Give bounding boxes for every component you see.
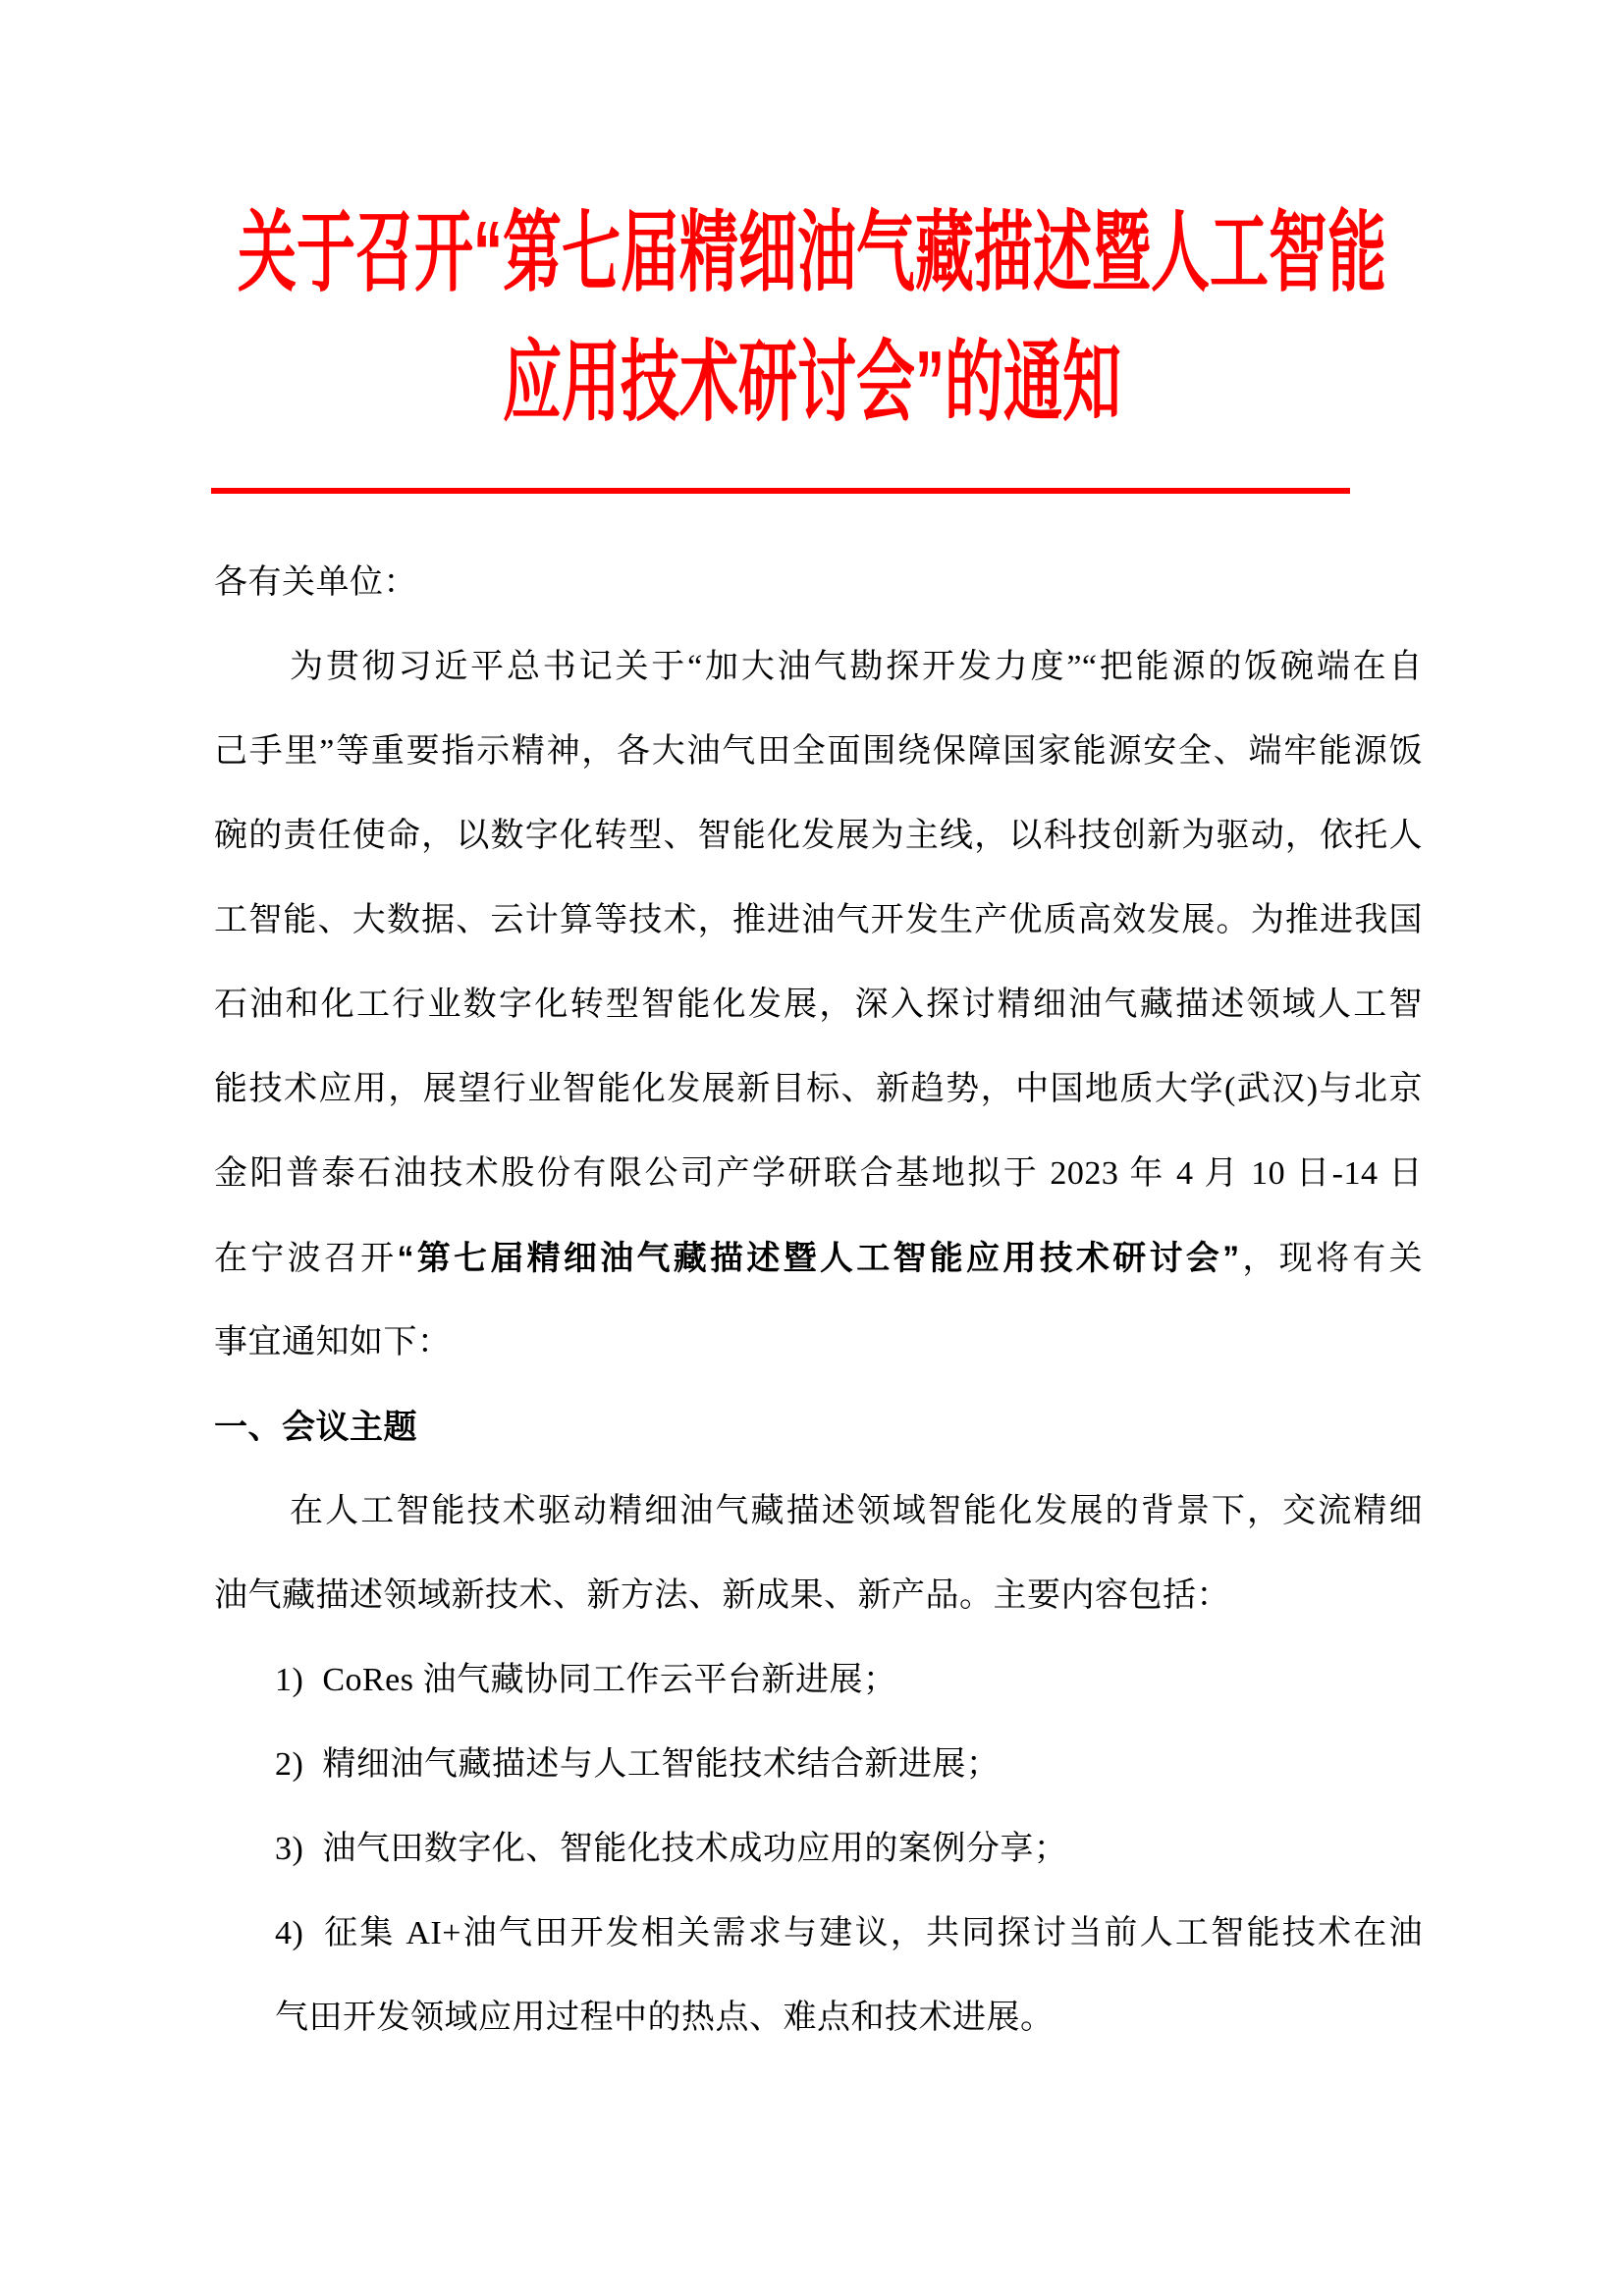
para1-line-5: 石油和化工行业数字化转型智能化发展，深入探讨精细油气藏描述领域人工智 (214, 963, 1423, 1047)
para1-line-4: 工智能、大数据、云计算等技术，推进油气开发生产优质高效发展。为推进我国 (214, 879, 1423, 963)
list-item-2-number: 2) (275, 1723, 303, 1807)
list-item-4-continuation: 气田开发领域应用过程中的热点、难点和技术进展。 (214, 1976, 1423, 2060)
para1-line-8-suffix: ，现将有关 (1240, 1241, 1423, 1277)
document-body: 各有关单位： 为贯彻习近平总书记关于“加大油气勘探开发力度”“把能源的饭碗端在自… (214, 541, 1423, 2060)
section1-heading: 一、会议主题 (214, 1385, 1423, 1469)
para1-line-7: 金阳普泰石油技术股份有限公司产学研联合基地拟于 2023 年 4 月 10 日-… (214, 1132, 1423, 1216)
para1-line-2: 己手里”等重要指示精神，各大油气田全面围绕保障国家能源安全、端牢能源饭 (214, 710, 1423, 794)
title-divider-rule (211, 488, 1350, 494)
list-item-3-text: 油气田数字化、智能化技术成功应用的案例分享； (322, 1831, 1067, 1867)
section1-intro-line-1: 在人工智能技术驱动精细油气藏描述领域智能化发展的背景下，交流精细 (214, 1469, 1423, 1554)
list-item-2: 2)精细油气藏描述与人工智能技术结合新进展； (214, 1723, 1423, 1807)
para1-line-9: 事宜通知如下： (214, 1301, 1423, 1385)
title-line-2: 应用技术研讨会”的通知 (0, 318, 1624, 448)
list-item-1-text: CoRes 油气藏协同工作云平台新进展； (322, 1662, 896, 1698)
salutation: 各有关单位： (214, 541, 1423, 625)
list-item-1-number: 1) (275, 1638, 303, 1723)
list-item-2-text: 精细油气藏描述与人工智能技术结合新进展； (322, 1746, 1000, 1783)
list-item-3: 3)油气田数字化、智能化技术成功应用的案例分享； (214, 1807, 1423, 1892)
list-item-1: 1)CoRes 油气藏协同工作云平台新进展； (214, 1638, 1423, 1723)
document-title: 关于召开“第七届精细油气藏描述暨人工智能 应用技术研讨会”的通知 (0, 188, 1624, 448)
title-line-1: 关于召开“第七届精细油气藏描述暨人工智能 (0, 188, 1624, 318)
list-item-4-number: 4) (275, 1892, 303, 1976)
conference-name-bold: “第七届精细油气藏描述暨人工智能应用技术研讨会” (397, 1240, 1239, 1277)
list-item-3-number: 3) (275, 1807, 303, 1892)
list-item-4-text: 征集 AI+油气田开发相关需求与建议，共同探讨当前人工智能技术在油 (322, 1915, 1423, 1951)
para1-line-6: 能技术应用，展望行业智能化发展新目标、新趋势，中国地质大学(武汉)与北京 (214, 1047, 1423, 1132)
para1-line-3: 碗的责任使命，以数字化转型、智能化发展为主线，以科技创新为驱动，依托人 (214, 794, 1423, 879)
para1-line-1: 为贯彻习近平总书记关于“加大油气勘探开发力度”“把能源的饭碗端在自 (214, 625, 1423, 710)
section1-intro-line-2: 油气藏描述领域新技术、新方法、新成果、新产品。主要内容包括： (214, 1554, 1423, 1638)
para1-line-8-prefix: 在宁波召开 (214, 1241, 397, 1277)
list-item-4: 4)征集 AI+油气田开发相关需求与建议，共同探讨当前人工智能技术在油 (214, 1892, 1423, 1976)
document-page: 关于召开“第七届精细油气藏描述暨人工智能 应用技术研讨会”的通知 各有关单位： … (0, 0, 1624, 2296)
para1-line-8: 在宁波召开“第七届精细油气藏描述暨人工智能应用技术研讨会”，现将有关 (214, 1216, 1423, 1301)
